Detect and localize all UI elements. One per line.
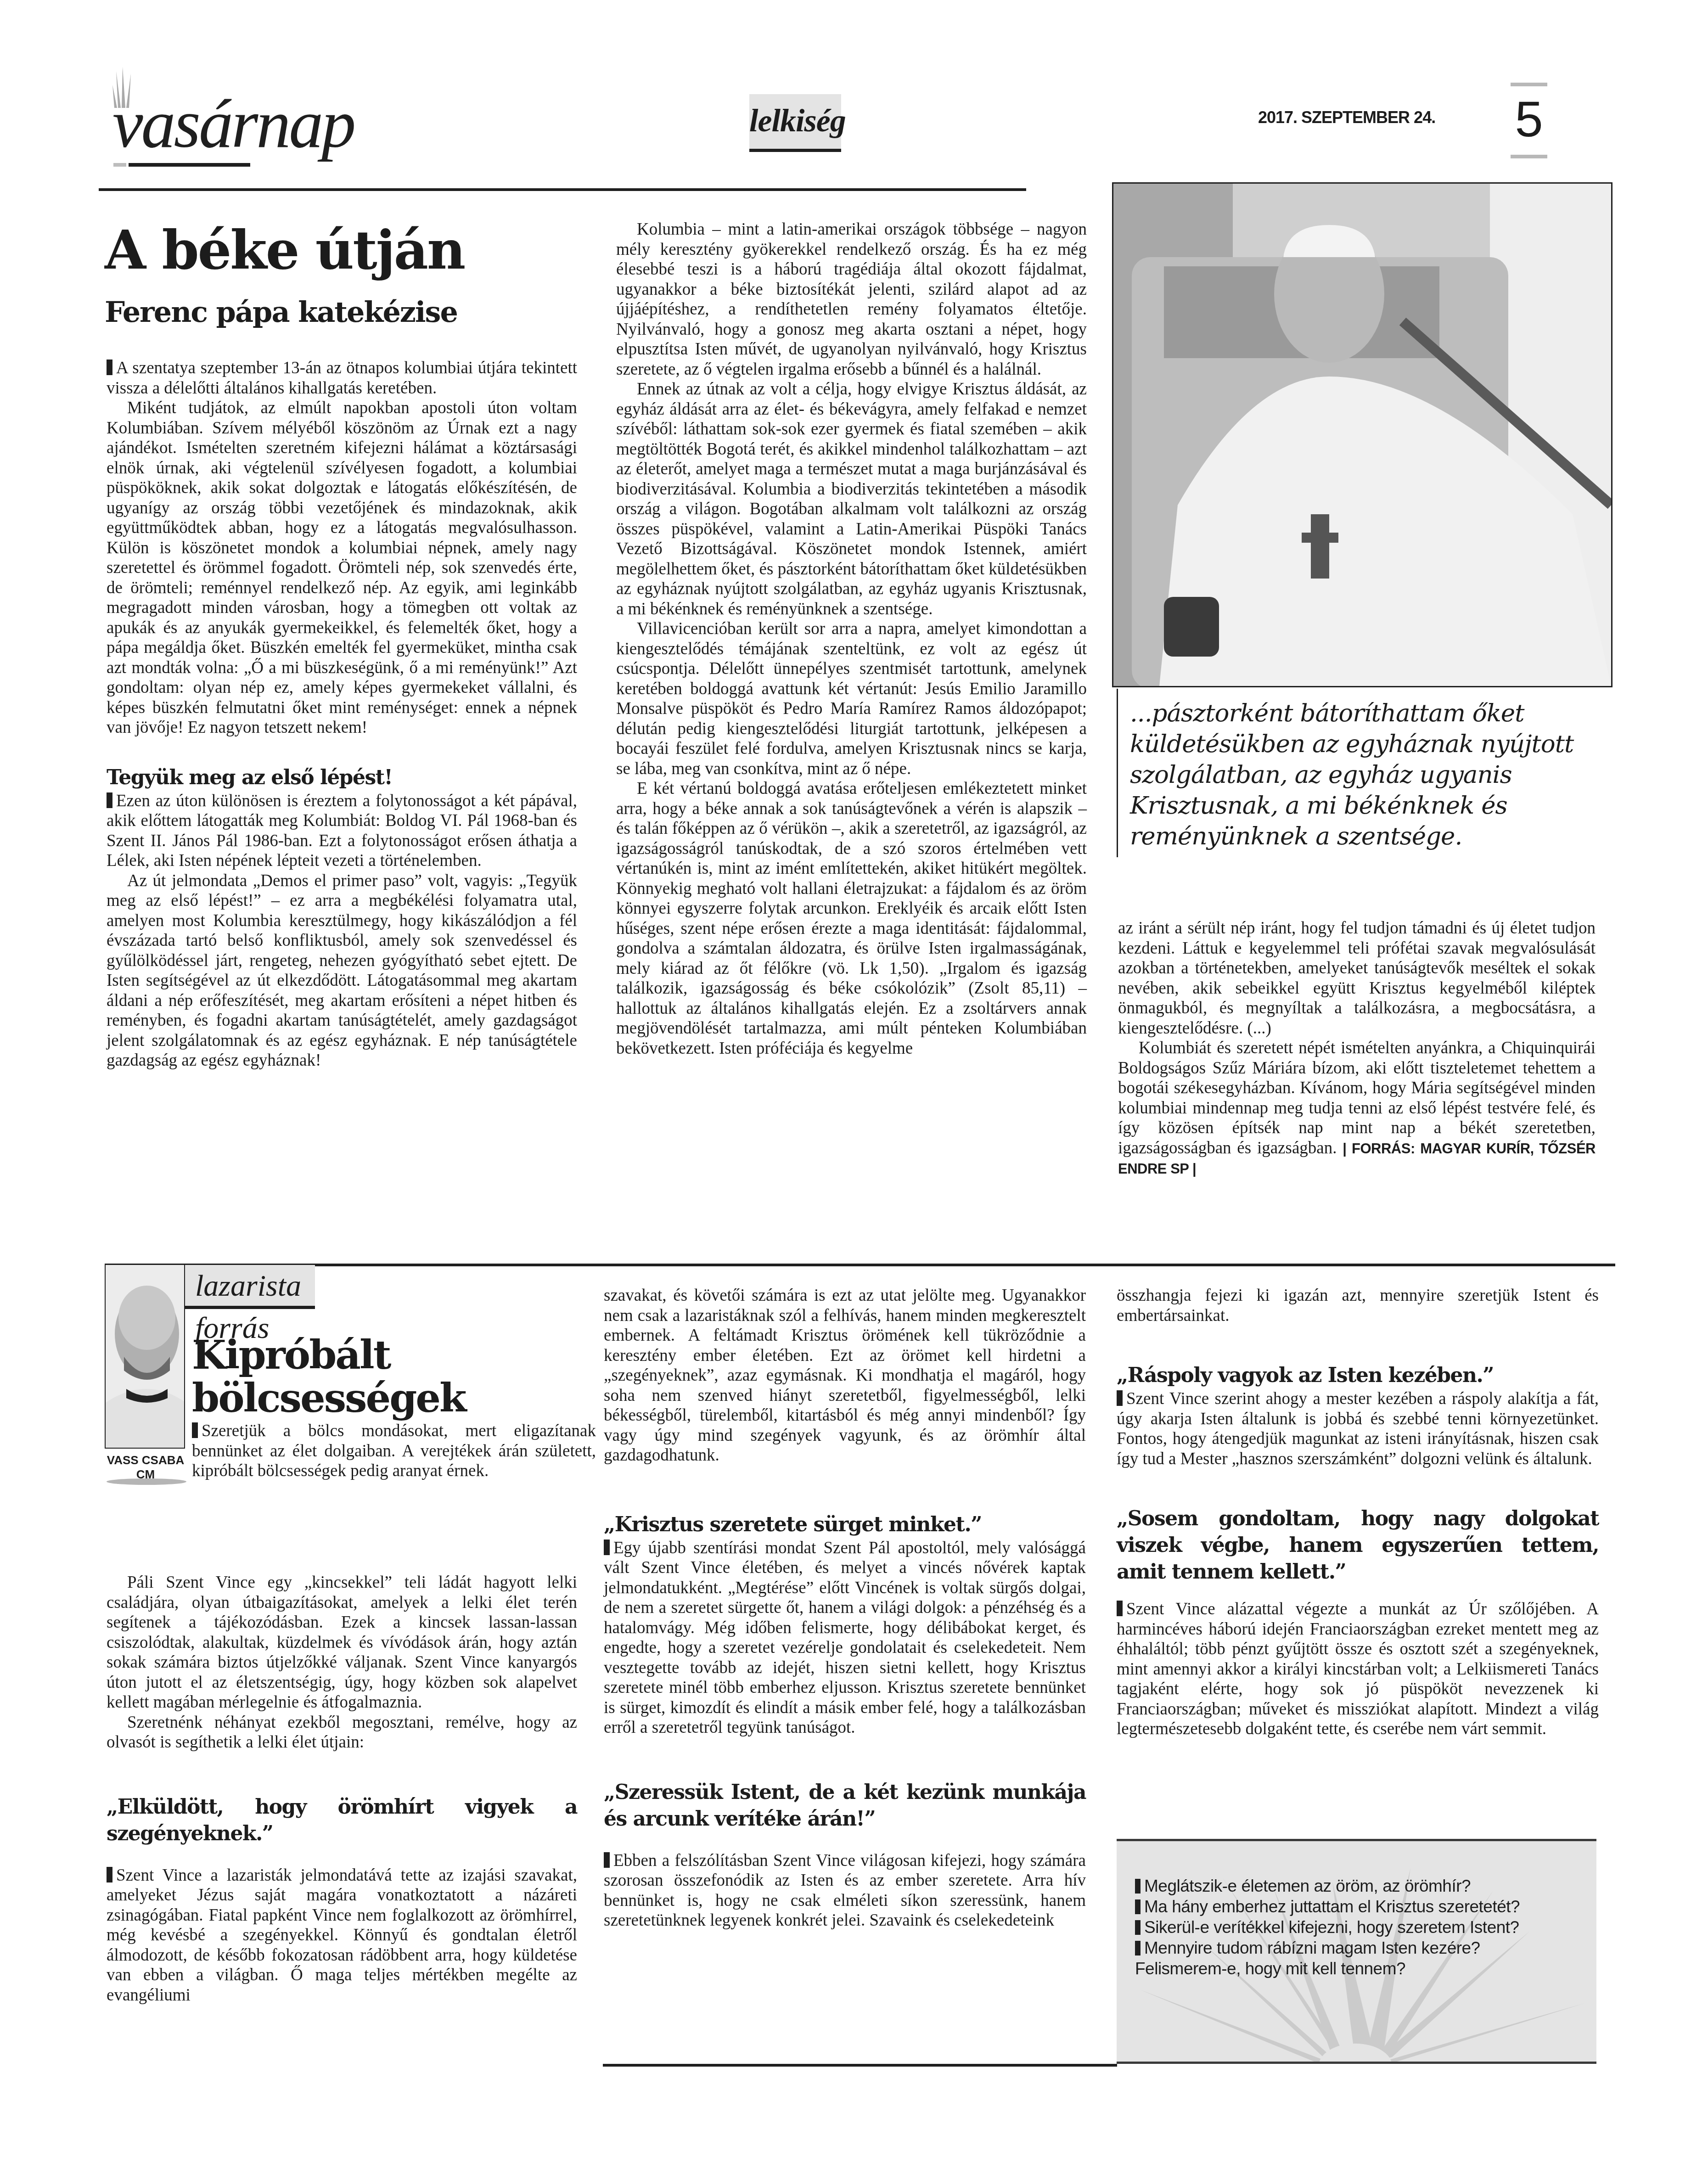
pope-photo: Ferenc pápa (1112, 182, 1612, 687)
question-item: Sikerül-e verítékkel kifejezni, hogy sze… (1135, 1917, 1548, 1938)
author-photo-image (106, 1265, 185, 1449)
column-lazarista-2: szavakat, és követői számára is ezt az u… (604, 1286, 1086, 1931)
column-paragraph: Páli Szent Vince egy „kincsekkel” teli l… (107, 1573, 577, 1713)
column-paragraph: Egy újabb szentírási mondat Szent Pál ap… (604, 1538, 1086, 1738)
page-number: 5 (1511, 92, 1547, 147)
article-paragraph: Az út jelmondata „Demos el primer paso” … (107, 871, 577, 1071)
article-paragraph: Miként tudjátok, az elmúlt napokban apos… (107, 398, 577, 738)
column-subheading: „Krisztus szeretete sürget minket.” (604, 1512, 1086, 1538)
bottom-rule (603, 2064, 1117, 2067)
column-subheading: „Ráspoly vagyok az Isten kezében.” (1117, 1362, 1599, 1389)
column-paragraph: Ebben a felszólításban Szent Vince világ… (604, 1851, 1086, 1931)
column-lazarista-1: Páli Szent Vince egy „kincsekkel” teli l… (107, 1573, 577, 2005)
question-item: Mennyire tudom rábízni magam Isten kezér… (1135, 1938, 1548, 1979)
author-caption-shadow (107, 1478, 186, 1485)
author-name: VASS CSABA CM (105, 1453, 186, 1482)
article-paragraph: Ennek az útnak az volt a célja, hogy elv… (616, 379, 1087, 619)
article-title: A béke útján (105, 220, 464, 280)
column-paragraph: összhangja fejezi ki igazán azt, mennyir… (1117, 1286, 1599, 1326)
section-lead: Ezen az úton különösen is éreztem a foly… (107, 791, 577, 871)
page-number-top-bar (1511, 83, 1547, 86)
newspaper-logo: vasárnap (112, 80, 388, 163)
author-portrait (105, 1265, 185, 1449)
column-tag: lazarista forrás (185, 1265, 315, 1309)
article-paragraph: Kolumbia – mint a latin-amerikai országo… (616, 219, 1087, 379)
column-paragraph: Szent Vince a lazaristák jelmondatává te… (107, 1866, 577, 2006)
column-paragraph: Szent Vince alázattal végezte a munkát a… (1117, 1599, 1599, 1739)
section-heading: Tegyük meg az első lépést! (107, 764, 577, 791)
section-divider (105, 1264, 1615, 1266)
column-paragraph: szavakat, és követői számára is ezt az u… (604, 1286, 1086, 1466)
article-column-3: az iránt a sérült nép iránt, hogy fel tu… (1118, 918, 1596, 1179)
column-subheading: „Szeressük Istent, de a két kezünk munká… (604, 1779, 1086, 1832)
column-title: Kipróbált bölcsességek (192, 1334, 449, 1420)
reflection-questions-box: Meglátszik-e életemen az öröm, az örömhí… (1117, 1839, 1596, 2064)
pull-quote: ...pásztorként bátoríthattam őket küldet… (1117, 689, 1612, 857)
article-paragraph: E két vértanú boldoggá avatása erőteljes… (616, 779, 1087, 1058)
column-paragraph: Szeretnénk néhányat ezekből megosztani, … (107, 1713, 577, 1753)
article-column-2: Kolumbia – mint a latin-amerikai országo… (616, 219, 1087, 1058)
top-rule (99, 188, 1026, 191)
question-list: Meglátszik-e életemen az öröm, az örömhí… (1135, 1876, 1548, 1979)
issue-date: 2017. SZEPTEMBER 24. (1258, 108, 1435, 127)
article-paragraph: Villavicencióban került sor arra a napra… (616, 619, 1087, 779)
section-tag: lelkiség (749, 94, 841, 152)
article-column-1: A szentatya szeptember 13-án az ötnapos … (107, 358, 577, 1071)
article-paragraph: Kolumbiát és szeretett népét ismételten … (1118, 1038, 1596, 1179)
column-lazarista-3: összhangja fejezi ki igazán azt, mennyir… (1117, 1286, 1599, 1739)
article-paragraph: az iránt a sérült nép iránt, hogy fel tu… (1118, 918, 1596, 1038)
question-item: Meglátszik-e életemen az öröm, az örömhí… (1135, 1876, 1548, 1896)
pope-photo-image: Ferenc pápa (1113, 184, 1611, 686)
page-number-box: 5 (1511, 83, 1547, 158)
column-subheading: „Sosem gondoltam, hogy nagy dolgokat vis… (1117, 1506, 1599, 1585)
column-intro: Szeretjük a bölcs mondásokat, mert eliga… (192, 1421, 596, 1481)
logo-accent-bar (113, 163, 126, 167)
logo-underline (129, 163, 250, 167)
column-subheading: „Elküldött, hogy örömhírt vigyek a szegé… (107, 1794, 577, 1847)
page-number-bottom-bar (1511, 155, 1547, 158)
article-subtitle: Ferenc pápa katekézise (105, 294, 457, 331)
column-paragraph: Szent Vince szerint ahogy a mester kezéb… (1117, 1389, 1599, 1469)
article-lead: A szentatya szeptember 13-án az ötnapos … (107, 358, 577, 398)
question-item: Ma hány emberhez juttattam el Krisztus s… (1135, 1896, 1548, 1917)
